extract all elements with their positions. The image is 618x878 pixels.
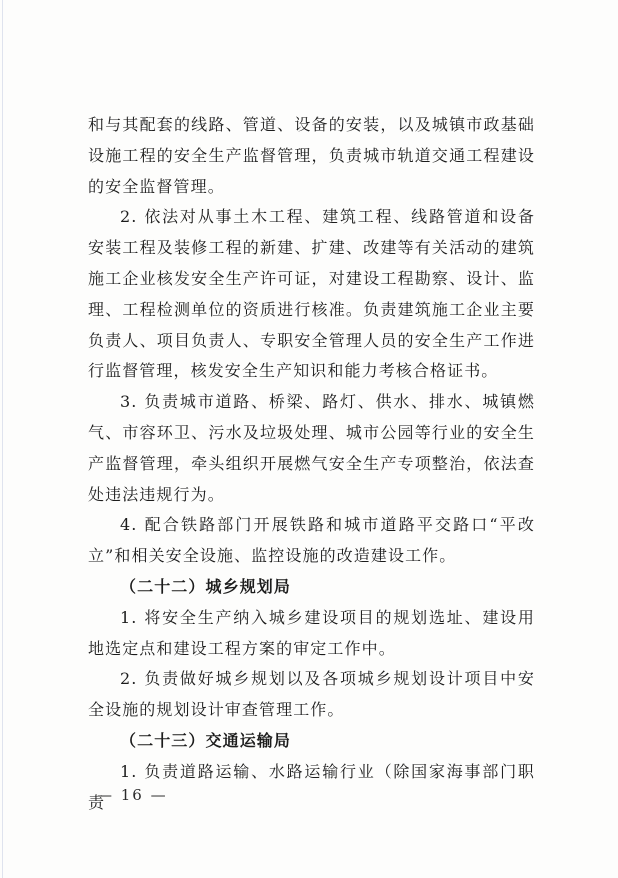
section-heading-23: （二十三）交通运输局 xyxy=(88,726,535,757)
paragraph-item-4: 4. 配合铁路部门开展铁路和城市道路平交路口“平改立”和相关安全设施、监控设施的… xyxy=(88,510,535,572)
scan-edge-artifact xyxy=(2,0,3,878)
document-page: 和与其配套的线路、管道、设备的安装，以及城镇市政基础设施工程的安全生产监督管理，… xyxy=(0,0,618,878)
paragraph-item-1: 1. 将安全生产纳入城乡建设项目的规划选址、建设用地选定点和建设工程方案的审定工… xyxy=(88,603,535,665)
paragraph-item-2: 2. 依法对从事土木工程、建筑工程、线路管道和设备安装工程及装修工程的新建、扩建… xyxy=(88,202,535,387)
paragraph-item-2b: 2. 负责做好城乡规划以及各项城乡规划设计项目中安全设施的规划设计审查管理工作。 xyxy=(88,664,535,726)
page-number: — 16 — xyxy=(97,786,168,804)
document-body: 和与其配套的线路、管道、设备的安装，以及城镇市政基础设施工程的安全生产监督管理，… xyxy=(88,110,535,818)
section-heading-22: （二十二）城乡规划局 xyxy=(88,572,535,603)
paragraph-item-3: 3. 负责城市道路、桥梁、路灯、供水、排水、城镇燃气、市容环卫、污水及垃圾处理、… xyxy=(88,387,535,510)
paragraph-continuation: 和与其配套的线路、管道、设备的安装，以及城镇市政基础设施工程的安全生产监督管理，… xyxy=(88,110,535,202)
